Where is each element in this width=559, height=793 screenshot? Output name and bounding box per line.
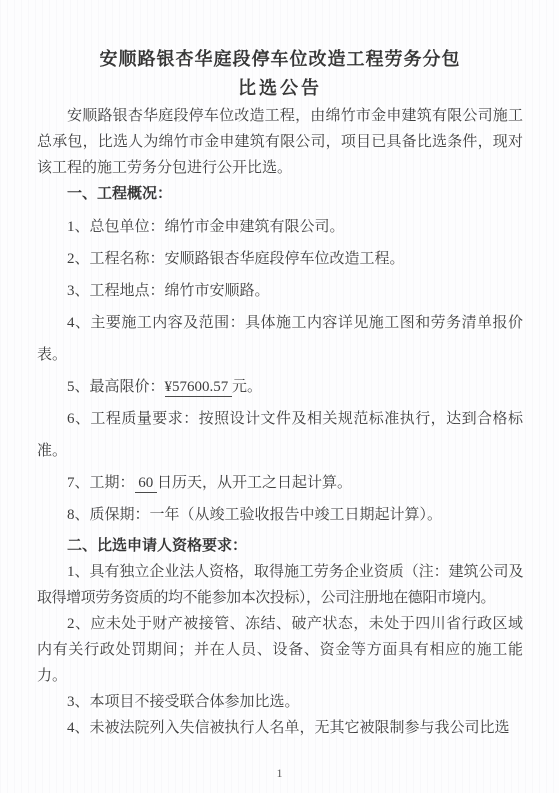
scanned-document-page: 安顺路银杏华庭段停车位改造工程劳务分包 比选公告 安顺路银杏华庭段停车位改造工程… — [0, 0, 559, 793]
section1-item-project-location: 3、工程地点：绵竹市安顺路。 — [37, 275, 523, 307]
section1-item-scope: 4、主要施工内容及范围：具体施工内容详见施工图和劳务清单报价表。 — [37, 307, 523, 371]
section1-item-warranty: 8、质保期：一年（从竣工验收报告中竣工日期起计算）。 — [37, 499, 523, 531]
section1-item-quality: 6、工程质量要求：按照设计文件及相关规范标准执行，达到合格标准。 — [37, 403, 523, 467]
section2-item-status: 2、应未处于财产被接管、冻结、破产状态，未处于四川省行政区域内有关行政处罚期间；… — [37, 611, 523, 689]
section2-item-no-consortium: 3、本项目不接受联合体参加比选。 — [37, 689, 523, 715]
max-price-value: ¥57600.57 — [165, 379, 233, 397]
section1-item-project-name: 2、工程名称：安顺路银杏华庭段停车位改造工程。 — [37, 243, 523, 275]
section1-item-duration: 7、工期： 60 日历天，从开工之日起计算。 — [37, 467, 523, 499]
duration-label: 7、工期： — [67, 475, 135, 491]
section1-heading: 一、工程概况： — [37, 181, 523, 207]
section2-item-qualification: 1、具有独立企业法人资格，取得施工劳务企业资质（注：建筑公司及取得增项劳务资质的… — [37, 559, 523, 611]
duration-suffix: 日历天，从开工之日起计算。 — [157, 475, 352, 491]
document-title: 安顺路银杏华庭段停车位改造工程劳务分包 — [37, 45, 523, 74]
section1-item-max-price: 5、最高限价：¥57600.57 元。 — [37, 371, 523, 403]
page-number: 1 — [0, 767, 559, 779]
section1-item-general-contractor: 1、总包单位：绵竹市金申建筑有限公司。 — [37, 211, 523, 243]
duration-value: 60 — [135, 475, 158, 493]
section2-item-credit: 4、未被法院列入失信被执行人名单，无其它被限制参与我公司比选 — [37, 715, 523, 741]
max-price-label: 5、最高限价： — [67, 379, 165, 395]
document-subtitle: 比选公告 — [37, 74, 523, 103]
max-price-unit: 元。 — [232, 379, 262, 395]
intro-paragraph: 安顺路银杏华庭段停车位改造工程，由绵竹市金申建筑有限公司施工总承包，比选人为绵竹… — [37, 103, 523, 181]
document-content: 安顺路银杏华庭段停车位改造工程劳务分包 比选公告 安顺路银杏华庭段停车位改造工程… — [0, 0, 559, 741]
section2-heading: 二、比选申请人资格要求： — [37, 533, 523, 559]
